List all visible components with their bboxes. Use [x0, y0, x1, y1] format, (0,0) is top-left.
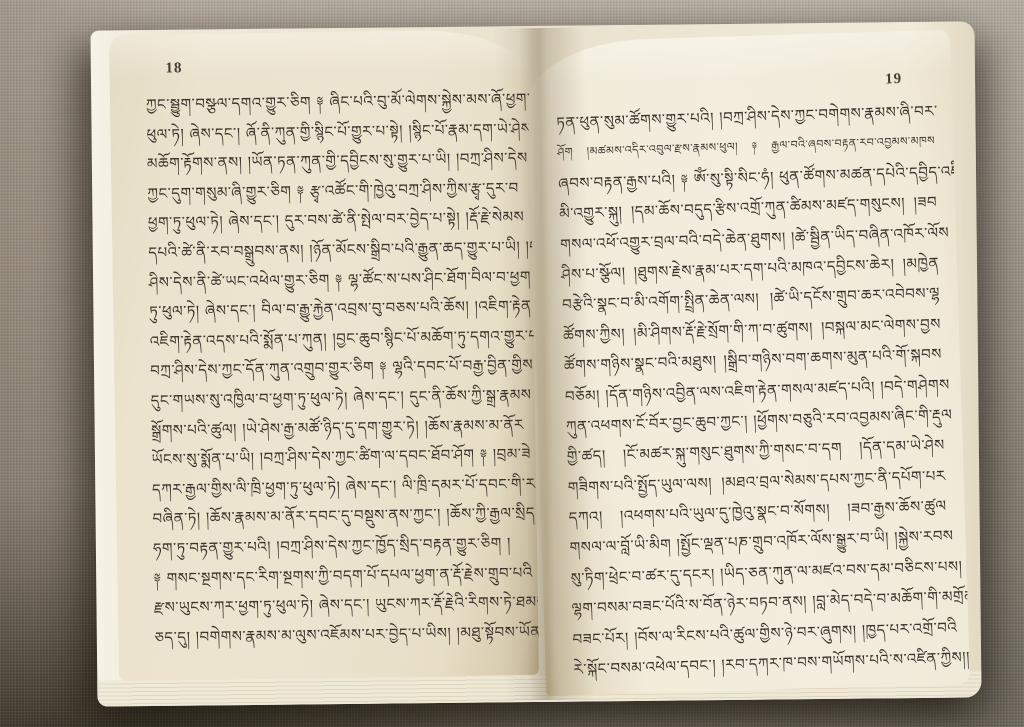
left-page: 18 ཀྱང་སྦྱུག་བསྩལ་དགའ་གྱུར་ཅིག ༈ ཞིང་པའི…: [109, 29, 539, 682]
left-page-text: ཀྱང་སྦྱུག་བསྩལ་དགའ་གྱུར་ཅིག ༈ ཞིང་པའི་བུ…: [146, 85, 511, 653]
right-page: 19 ཏན་ཕུན་སུམ་ཚོགས་གྱུར་པའི། །བཀྲ་ཤིས་དེ…: [526, 30, 970, 697]
right-page-text: ཏན་ཕུན་སུམ་ཚོགས་གྱུར་པའི། །བཀྲ་ཤིས་དེས་ཀ…: [556, 96, 952, 685]
text-line: ཅད་དུ། །བགེགས་རྣམས་མ་ལུས་འཇོམས་པར་བྱེད་པ…: [154, 618, 510, 653]
photo-open-book: 18 ཀྱང་སྦྱུག་བསྩལ་དགའ་གྱུར་ཅིག ༈ ཞིང་པའི…: [0, 0, 1024, 727]
right-page-number: 19: [885, 71, 903, 89]
text-line: ཧག་ཏུ་བརྟན་གྱུར་པའི། །བཀྲ་ཤིས་དེས་ཀྱང་ཁྱ…: [153, 529, 509, 564]
left-page-curl-highlight: [109, 29, 530, 90]
left-page-number: 18: [165, 60, 182, 77]
